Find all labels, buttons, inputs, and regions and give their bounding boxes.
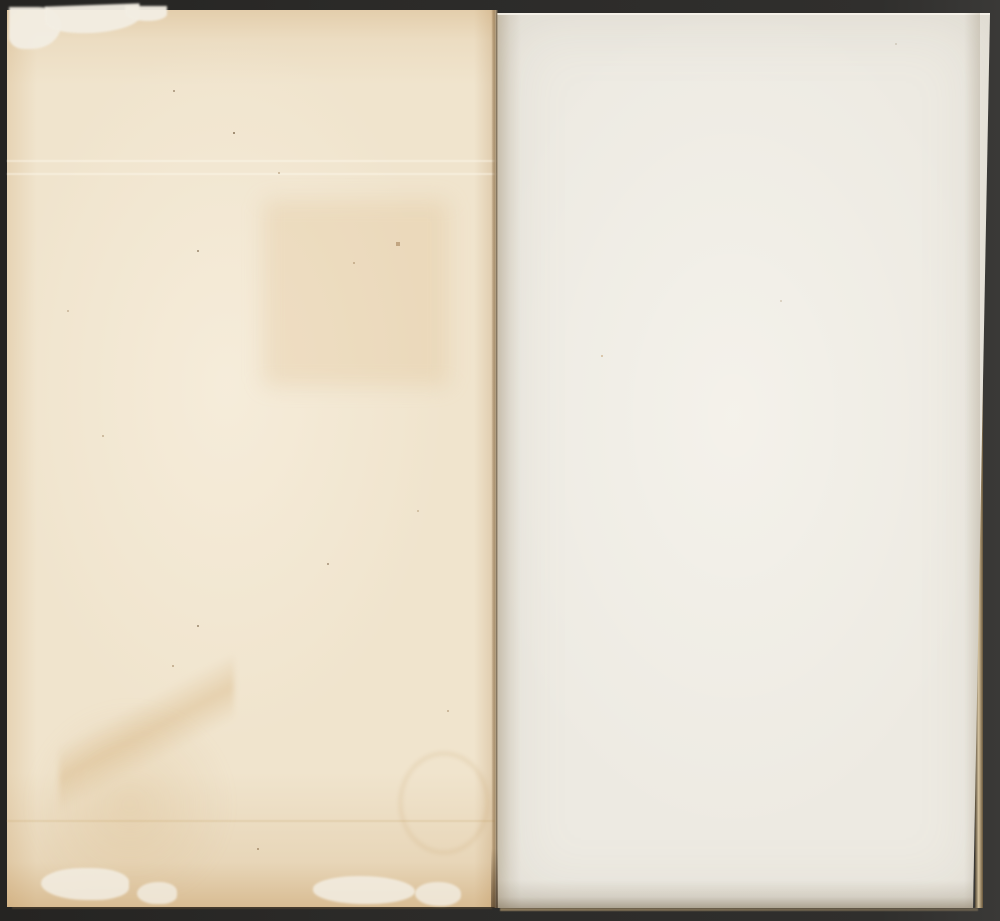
scanned-book-spread <box>0 0 1000 921</box>
paper-chip <box>415 882 461 906</box>
paper-chip <box>41 868 129 900</box>
paper-texture-line <box>7 160 496 162</box>
page-bottom-shadow <box>497 880 990 908</box>
left-page <box>7 10 496 907</box>
under-page-edge-line <box>500 908 978 911</box>
page-top-edge-highlight <box>497 13 990 15</box>
offset-square-stain <box>263 200 449 386</box>
corner-stain-blob <box>25 700 235 890</box>
gutter-shadow <box>497 13 521 908</box>
foxing-specks <box>7 10 9 12</box>
paper-chip <box>125 6 167 21</box>
ring-stain <box>399 752 489 854</box>
paper-texture-line <box>7 173 496 175</box>
book-gutter <box>491 10 498 908</box>
paper-chip <box>313 876 415 904</box>
gutter-foot-shadow <box>491 848 498 908</box>
paper-chip <box>137 882 177 904</box>
page-vignette <box>497 13 990 908</box>
right-page <box>497 13 990 908</box>
